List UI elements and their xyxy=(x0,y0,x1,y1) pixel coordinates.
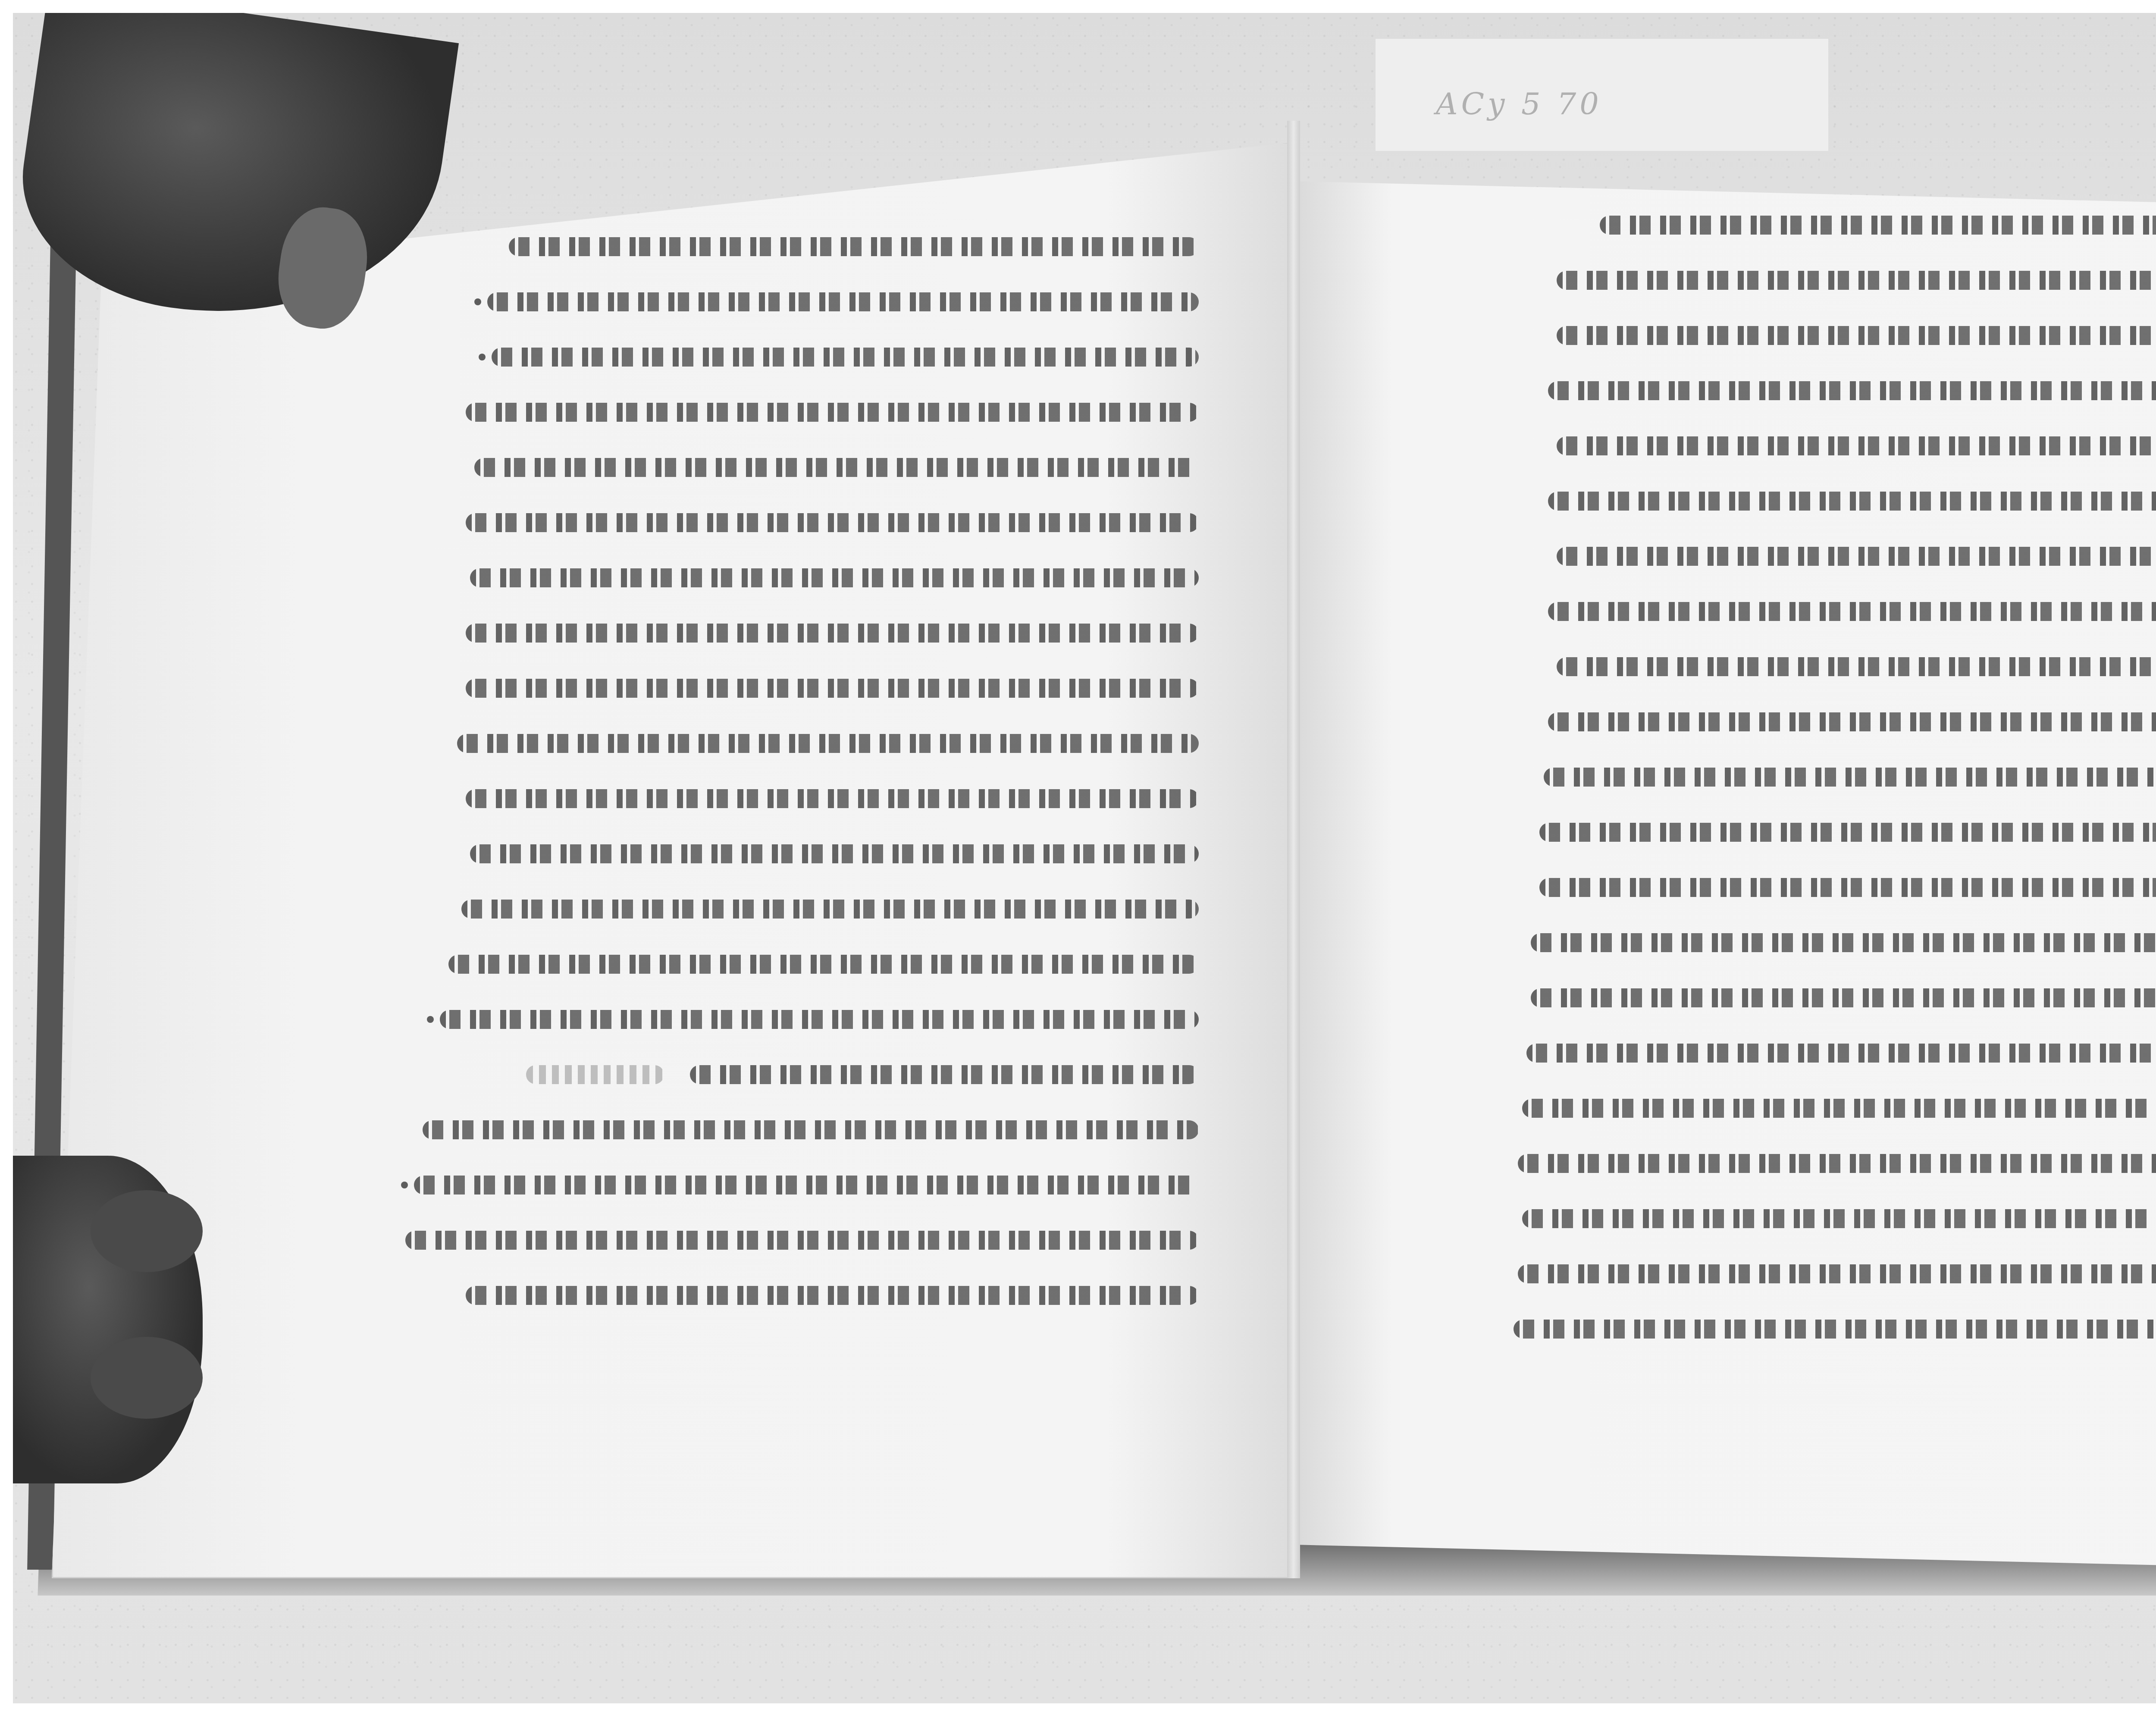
manuscript-line xyxy=(1470,750,2156,806)
handwritten-script xyxy=(1514,1320,2156,1339)
manuscript-line xyxy=(1470,971,2156,1026)
manuscript-line xyxy=(1470,530,2156,585)
handwritten-script xyxy=(1539,823,2156,842)
faded-rubric xyxy=(526,1065,664,1084)
handwritten-script xyxy=(1522,1099,2156,1118)
manuscript-line xyxy=(379,993,1199,1048)
handwritten-script xyxy=(1548,712,2156,731)
handwritten-script xyxy=(1557,271,2156,290)
handwritten-script xyxy=(1548,602,2156,621)
manuscript-line xyxy=(1470,198,2156,254)
handwritten-script xyxy=(457,734,1199,753)
handwritten-script xyxy=(448,955,1199,974)
manuscript-line xyxy=(379,275,1199,330)
manuscript-line xyxy=(379,1103,1199,1158)
handwritten-script xyxy=(423,1120,1199,1139)
right-page-text-block xyxy=(1470,198,2156,1413)
manuscript-line xyxy=(1470,640,2156,695)
manuscript-line xyxy=(1470,806,2156,861)
handwritten-script xyxy=(1531,988,2156,1007)
manuscript-line xyxy=(379,330,1199,386)
manuscript-line xyxy=(1470,1082,2156,1137)
manuscript-line xyxy=(1470,1026,2156,1082)
manuscript-line xyxy=(1470,309,2156,364)
handwritten-script xyxy=(405,1231,1199,1250)
handwritten-script xyxy=(1531,933,2156,952)
manuscript-line xyxy=(379,1048,1199,1103)
handwritten-script xyxy=(470,844,1199,863)
handwritten-script xyxy=(1548,492,2156,511)
manuscript-line xyxy=(379,606,1199,662)
handwritten-script xyxy=(1557,547,2156,566)
manuscript-line xyxy=(1470,585,2156,640)
manuscript-line xyxy=(1470,1247,2156,1302)
hand-bottom-left xyxy=(13,1156,203,1483)
manuscript-line xyxy=(1470,1358,2156,1413)
handwritten-script xyxy=(414,1176,1199,1195)
book-gutter xyxy=(1287,121,1300,1578)
handwritten-script xyxy=(1522,1209,2156,1228)
manuscript-line xyxy=(379,717,1199,772)
handwritten-script xyxy=(474,458,1199,477)
manuscript-line xyxy=(379,827,1199,882)
manuscript-line xyxy=(1470,1192,2156,1247)
handwritten-script xyxy=(466,513,1199,532)
handwritten-script xyxy=(1518,1264,2156,1283)
finger xyxy=(91,1190,203,1272)
manuscript-line xyxy=(379,882,1199,937)
pencil-shelfmark: ACy 5 70 xyxy=(1436,86,1602,122)
handwritten-script xyxy=(470,568,1199,587)
handwritten-script xyxy=(466,1286,1199,1305)
handwritten-script xyxy=(466,679,1199,698)
handwritten-script xyxy=(466,624,1199,643)
manuscript-line xyxy=(1470,861,2156,916)
manuscript-line xyxy=(1470,474,2156,530)
manuscript-line xyxy=(379,1158,1199,1213)
manuscript-line xyxy=(379,772,1199,827)
manuscript-line xyxy=(379,662,1199,717)
manuscript-line xyxy=(379,220,1199,275)
manuscript-line xyxy=(379,937,1199,993)
handwritten-script xyxy=(1600,216,2156,235)
handwritten-script xyxy=(1557,657,2156,676)
manuscript-line xyxy=(1470,1302,2156,1358)
manuscript-line xyxy=(379,1269,1199,1324)
handwritten-script xyxy=(509,237,1199,256)
handwritten-script xyxy=(1518,1154,2156,1173)
handwritten-script xyxy=(1526,1044,2156,1063)
handwritten-script xyxy=(466,403,1199,422)
handwritten-script xyxy=(461,900,1199,919)
handwritten-script xyxy=(1548,381,2156,400)
left-page-text-block xyxy=(379,220,1199,1324)
finger xyxy=(91,1337,203,1419)
handwritten-script xyxy=(492,348,1199,367)
handwritten-script xyxy=(1557,326,2156,345)
manuscript-line xyxy=(379,1213,1199,1269)
handwritten-script xyxy=(1539,878,2156,897)
handwritten-script xyxy=(690,1065,1199,1084)
manuscript-line xyxy=(379,386,1199,441)
manuscript-line xyxy=(1470,1137,2156,1192)
handwritten-script xyxy=(1557,436,2156,455)
manuscript-line xyxy=(1470,695,2156,750)
manuscript-line xyxy=(379,551,1199,606)
manuscript-line xyxy=(1470,419,2156,474)
manuscript-photo: ACy 5 70 xyxy=(13,13,2156,1703)
manuscript-line xyxy=(379,496,1199,551)
handwritten-script xyxy=(487,292,1199,311)
handwritten-script xyxy=(440,1010,1199,1029)
manuscript-line xyxy=(1470,364,2156,419)
manuscript-line xyxy=(1470,916,2156,971)
handwritten-script xyxy=(1544,768,2156,787)
manuscript-line xyxy=(1470,254,2156,309)
handwritten-script xyxy=(466,789,1199,808)
manuscript-line xyxy=(379,441,1199,496)
